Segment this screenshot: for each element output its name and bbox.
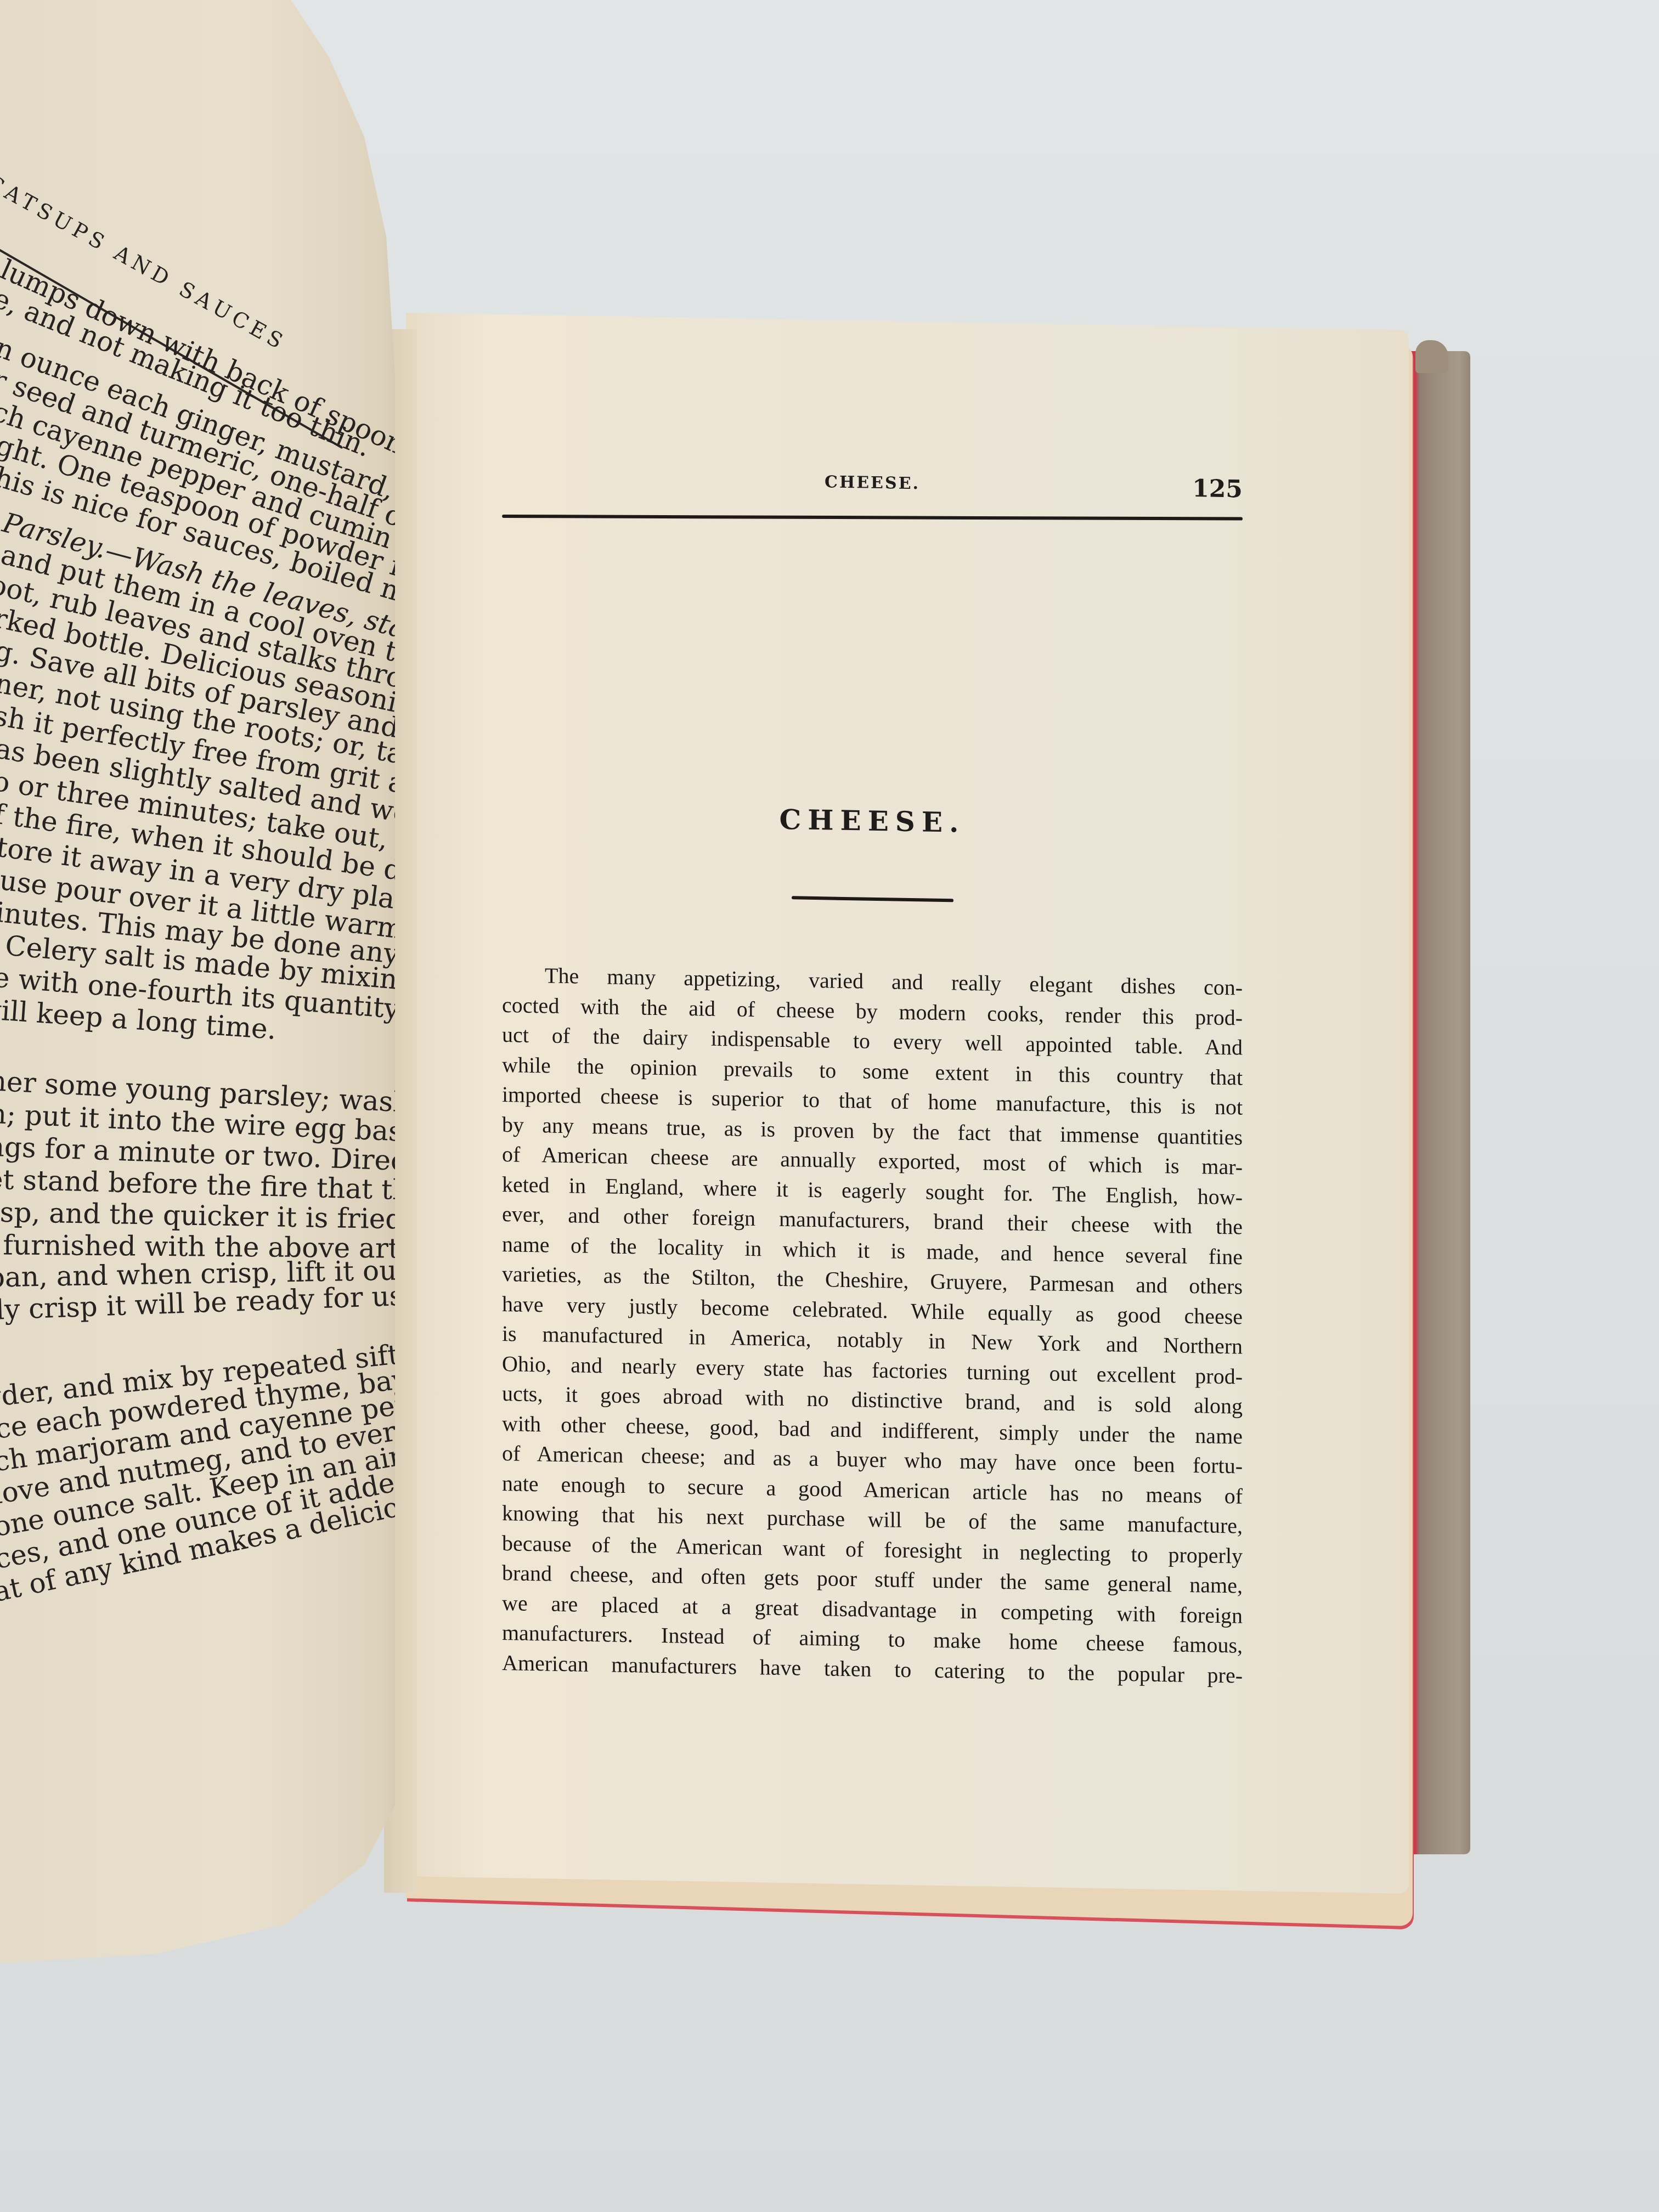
running-head: CHEESE. 125	[502, 462, 1243, 509]
chapter-title: CHEESE.	[502, 798, 1243, 844]
right-page: CHEESE. 125 CHEESE. The many appetizing,…	[406, 313, 1409, 1894]
header-rule	[502, 515, 1243, 521]
page-number: 125	[1192, 475, 1243, 504]
right-page-content: CHEESE. 125 CHEESE. The many appetizing,…	[502, 462, 1243, 1691]
frayed-spine-top	[1415, 340, 1448, 373]
chapter-body-text: The many appetizing, varied and really e…	[502, 960, 1243, 1691]
left-page: CATSUPS AND SAUCES g lumps down with bac…	[0, 0, 417, 1964]
book-spine-cover	[1404, 351, 1470, 1854]
running-head-title: CHEESE.	[502, 467, 1243, 499]
chapter-title-rule	[792, 896, 953, 902]
